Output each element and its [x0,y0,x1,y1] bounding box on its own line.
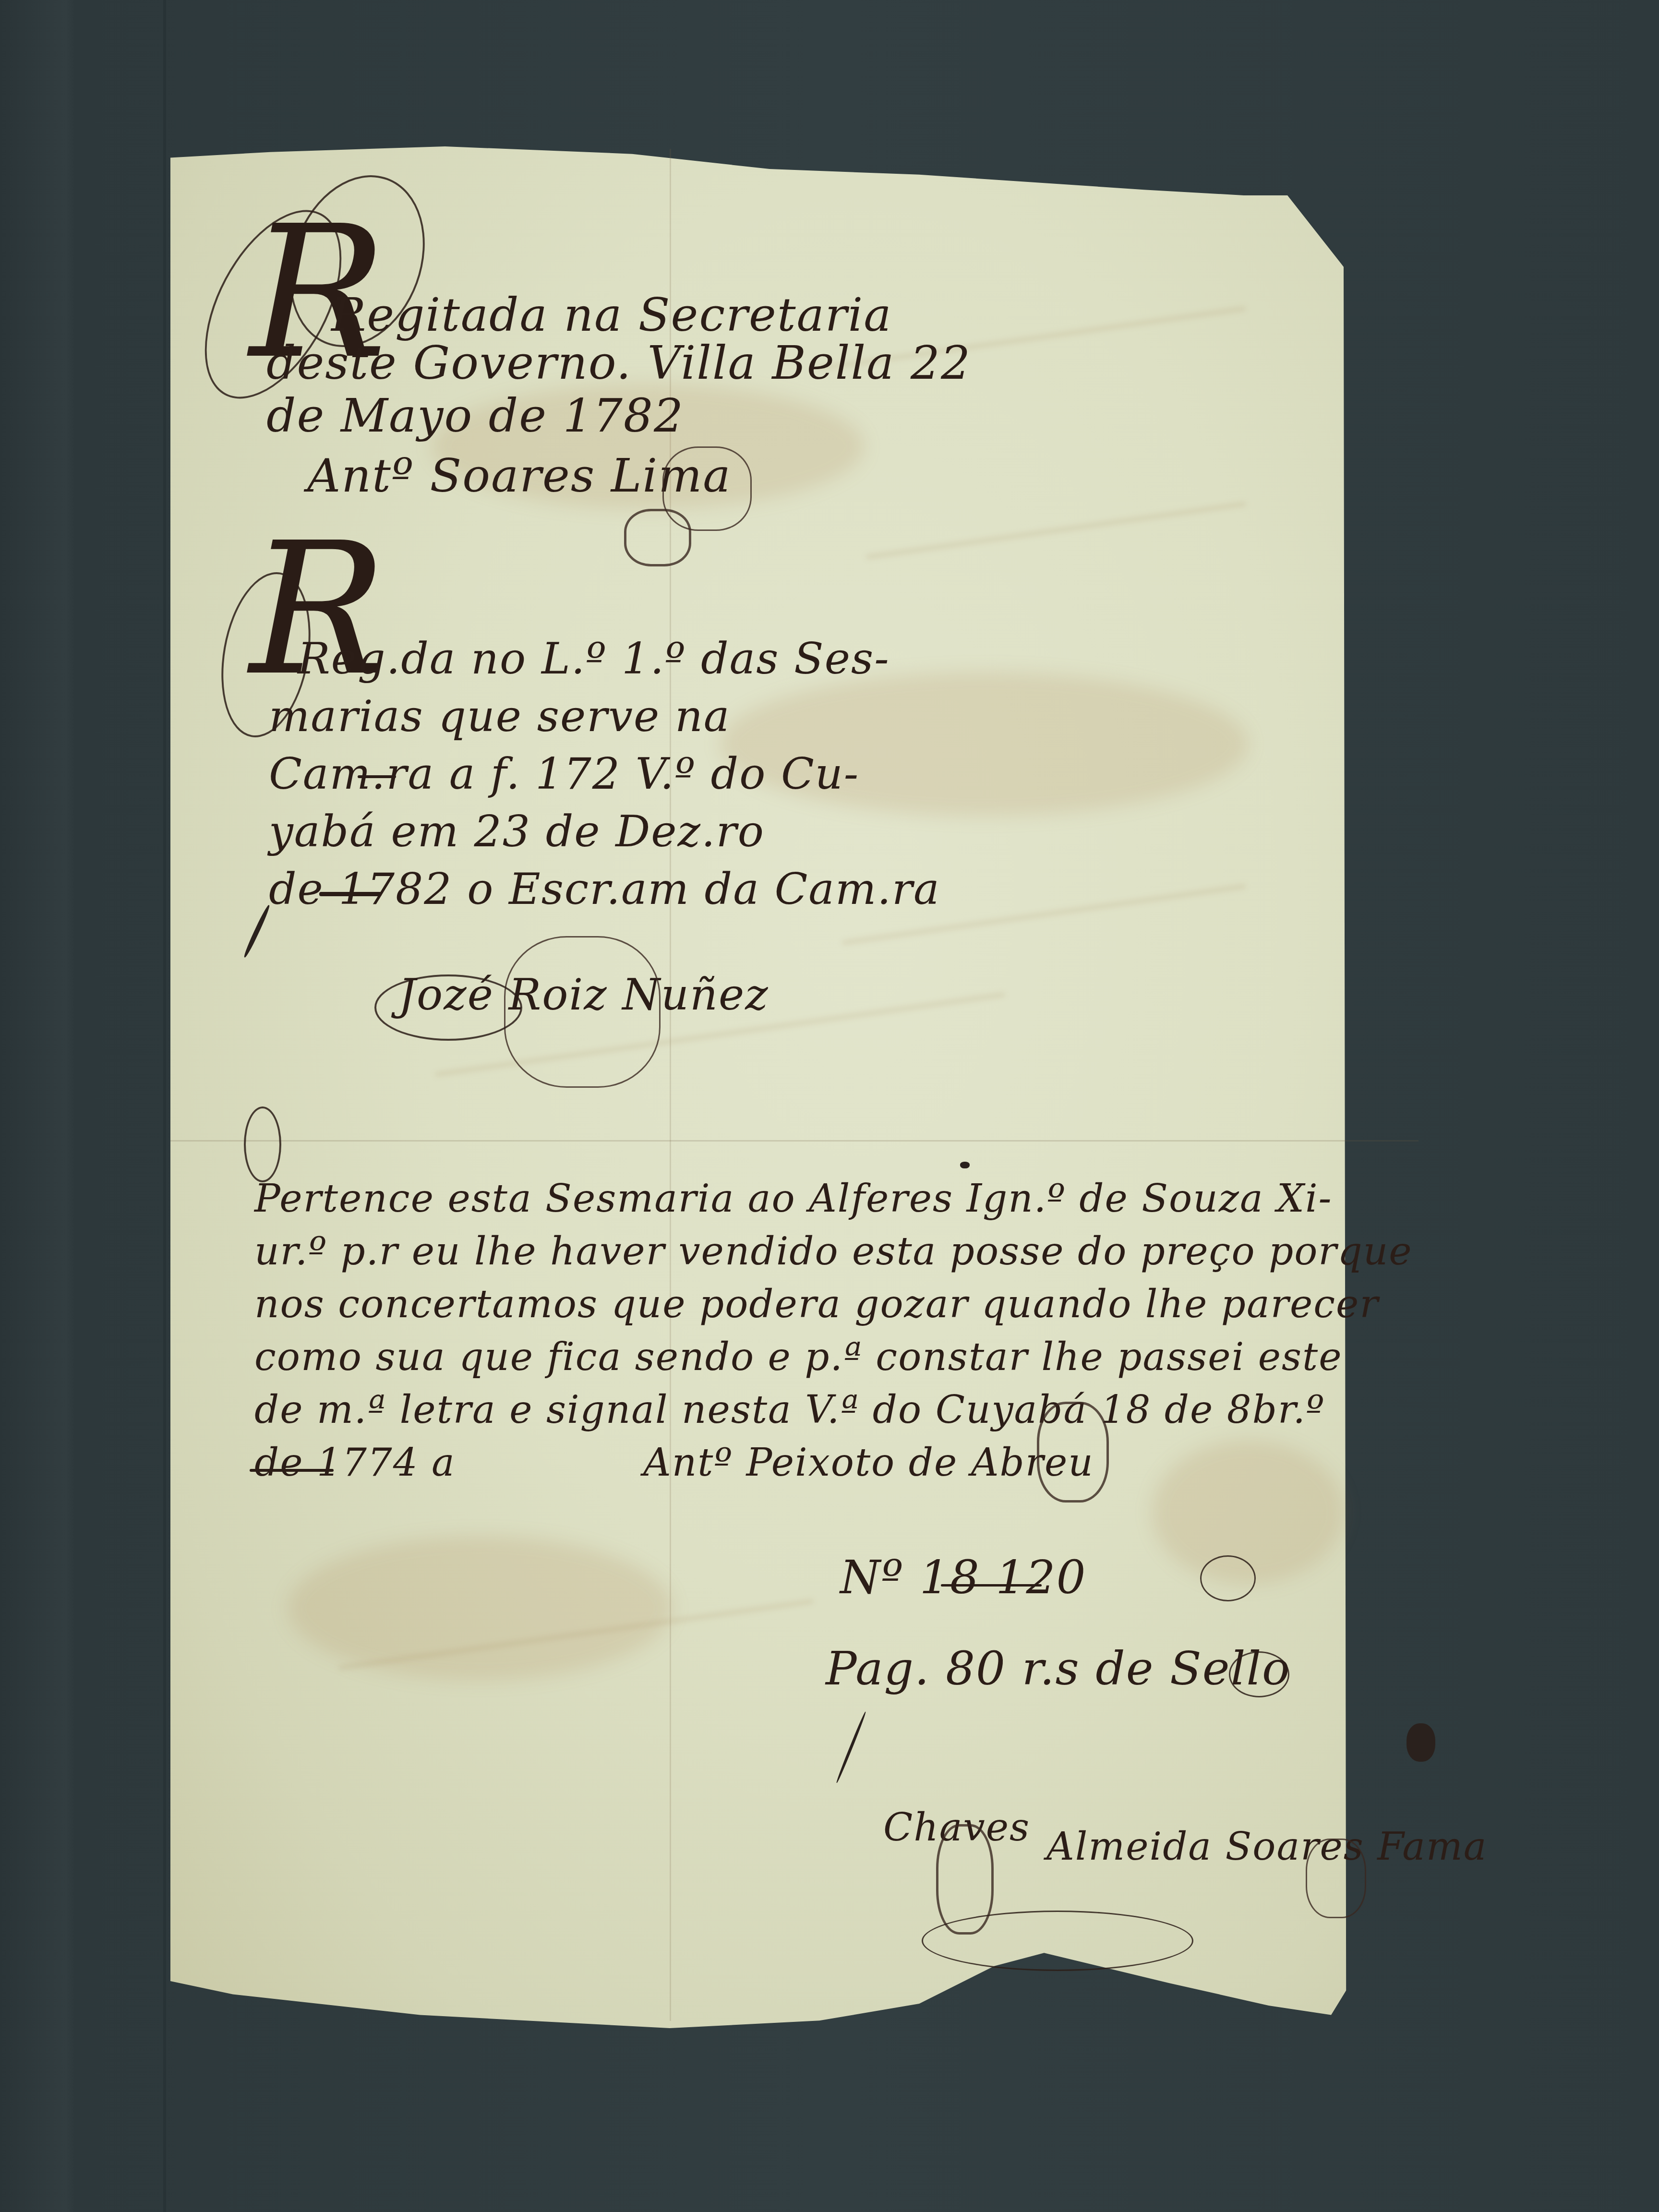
text-line: deste Governo. Villa Bella 22 [266,336,971,390]
stain [288,1536,672,1680]
signature: Antº Peixoto de Abreu [643,1440,1094,1485]
signature-flourish [1306,1839,1366,1918]
folio-underline [358,775,396,778]
paper-burn-hole [1407,1723,1435,1762]
text-line: yabá em 23 de Dez.ro [269,806,765,857]
year-underline [319,892,382,896]
text-line: Cam.ra a f. 172 V.º do Cu- [269,749,859,799]
text-line: de Mayo de 1782 [266,389,684,443]
flourish-loop [374,974,522,1041]
signature-flourish [624,509,691,566]
amount-underline [941,1584,1042,1587]
text-line: ur.º p.r eu lhe haver vendido esta posse… [254,1229,1413,1274]
text-line: de 1782 o Escr.am da Cam.ra [269,864,940,914]
signature-flourish [1037,1402,1109,1503]
year-underline [250,1469,334,1472]
number-line: Nº 18 120 [840,1551,1087,1604]
text-line: de 1774 a [254,1440,456,1485]
text-line: como sua que fica sendo e p.ª constar lh… [254,1334,1343,1379]
flourish-loop [1200,1555,1256,1601]
text-line: marias que serve na [269,691,731,742]
signature: Almeida Soares Fama [1046,1824,1488,1869]
flourish-loop [922,1911,1193,1971]
text-line: de m.ª letra e signal nesta V.ª do Cuyab… [254,1387,1325,1432]
flourish-loop [244,1106,281,1182]
text-line: Reg.da no L.º 1.º das Ses- [298,634,890,684]
text-line: nos concertamos que podera gozar quando … [254,1282,1379,1326]
text-line: Regitada na Secretaria [331,288,892,342]
signature-flourish [504,936,661,1088]
ink-dot [960,1162,970,1168]
text-line: Pertence esta Sesmaria ao Alferes Ign.º … [254,1176,1333,1221]
horizontal-fold [170,1140,1419,1142]
flourish-loop [1229,1651,1289,1697]
backdrop-seam [163,0,166,2212]
stamp-fee-line: Pag. 80 r.s de Sello [826,1642,1291,1695]
